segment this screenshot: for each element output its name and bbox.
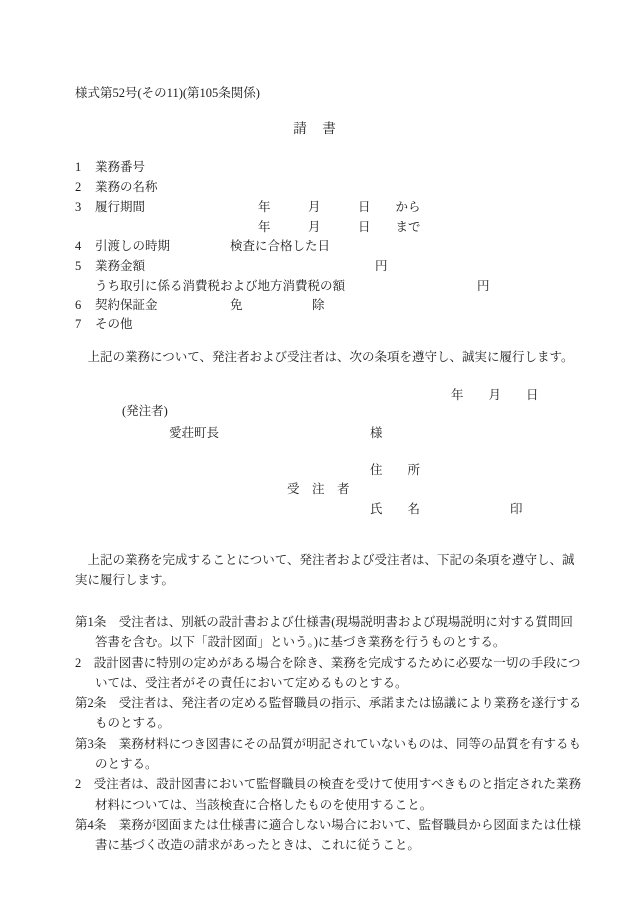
item-number: 6 bbox=[75, 299, 81, 312]
item-label-business-number: 業務番号 bbox=[95, 161, 145, 174]
item-label-business-amount: 業務金額 bbox=[95, 260, 145, 273]
clause-article-1: 第1条 受注者は、別紙の設計書および仕様書(現場説明書および現場説明に対する質問… bbox=[75, 612, 582, 653]
date-blank-line: 年 月 日 bbox=[451, 389, 539, 402]
deposit-exempt-right: 除 bbox=[312, 299, 325, 312]
clause-article-2: 第2条 受注者は、発注者の定める監督職員の指示、承諾または協議により業務を遂行す… bbox=[75, 693, 582, 734]
name-label: 氏 名 bbox=[370, 503, 420, 516]
item-number: 2 bbox=[75, 181, 81, 194]
item-number: 5 bbox=[75, 260, 81, 273]
tax-amount-label: うち取引に係る消費税および地方消費税の額 bbox=[95, 280, 345, 293]
deposit-exempt-left: 免 bbox=[230, 299, 243, 312]
clause-article-4: 第4条 業務が図面または仕様書に適合しない場合において、監督職員から図面または仕… bbox=[75, 815, 582, 856]
tax-yen-unit: 円 bbox=[477, 280, 490, 293]
period-from-blank: 年 月 日 から bbox=[258, 201, 421, 214]
item-number: 3 bbox=[75, 201, 81, 214]
page-title: 請 書 bbox=[0, 122, 630, 135]
item-label-other: その他 bbox=[95, 318, 133, 331]
item-number: 7 bbox=[75, 318, 81, 331]
period-to-blank: 年 月 日 まで bbox=[258, 221, 421, 234]
item-label-delivery-time: 引渡しの時期 bbox=[95, 240, 170, 253]
clause-article-3: 第3条 業務材料につき図書にその品質が明記されていないものは、同等の品質を有する… bbox=[75, 734, 582, 775]
item-label-business-name: 業務の名称 bbox=[95, 181, 158, 194]
ukesho-document-page: 様式第52号(その11)(第105条関係) 請 書 1 業務番号 2 業務の名称… bbox=[0, 0, 630, 915]
delivery-time-value: 検査に合格した日 bbox=[230, 240, 330, 253]
address-label: 住 所 bbox=[370, 464, 420, 477]
item-label-performance-period: 履行期間 bbox=[95, 201, 145, 214]
seal-mark: 印 bbox=[510, 503, 523, 516]
orderer-name: 愛荘町長 bbox=[169, 427, 219, 440]
amount-yen-unit: 円 bbox=[375, 260, 388, 273]
clause-article-1-item2: 2 設計図書に特別の定めがある場合を除き、業務を完成するために必要な一切の手段に… bbox=[75, 653, 582, 694]
clause-list: 第1条 受注者は、別紙の設計書および仕様書(現場説明書および現場説明に対する質問… bbox=[75, 612, 582, 856]
honorific-sama: 様 bbox=[370, 427, 383, 440]
item-label-contract-deposit: 契約保証金 bbox=[95, 299, 158, 312]
declaration-paragraph-1: 上記の業務について、発注者および受注者は、次の条項を遵守し、誠実に履行します。 bbox=[75, 347, 582, 367]
item-number: 1 bbox=[75, 161, 81, 174]
item-number: 4 bbox=[75, 240, 81, 253]
declaration-paragraph-2: 上記の業務を完成することについて、発注者および受注者は、下記の条項を遵守し、誠実… bbox=[75, 550, 582, 591]
orderer-label: (発注者) bbox=[122, 405, 168, 418]
clause-article-3-item2: 2 受注者は、設計図書において監督職員の検査を受けて使用すべきものと指定された業… bbox=[75, 774, 582, 815]
contractor-label: 受 注 者 bbox=[287, 483, 350, 496]
form-number: 様式第52号(その11)(第105条関係) bbox=[75, 87, 260, 100]
